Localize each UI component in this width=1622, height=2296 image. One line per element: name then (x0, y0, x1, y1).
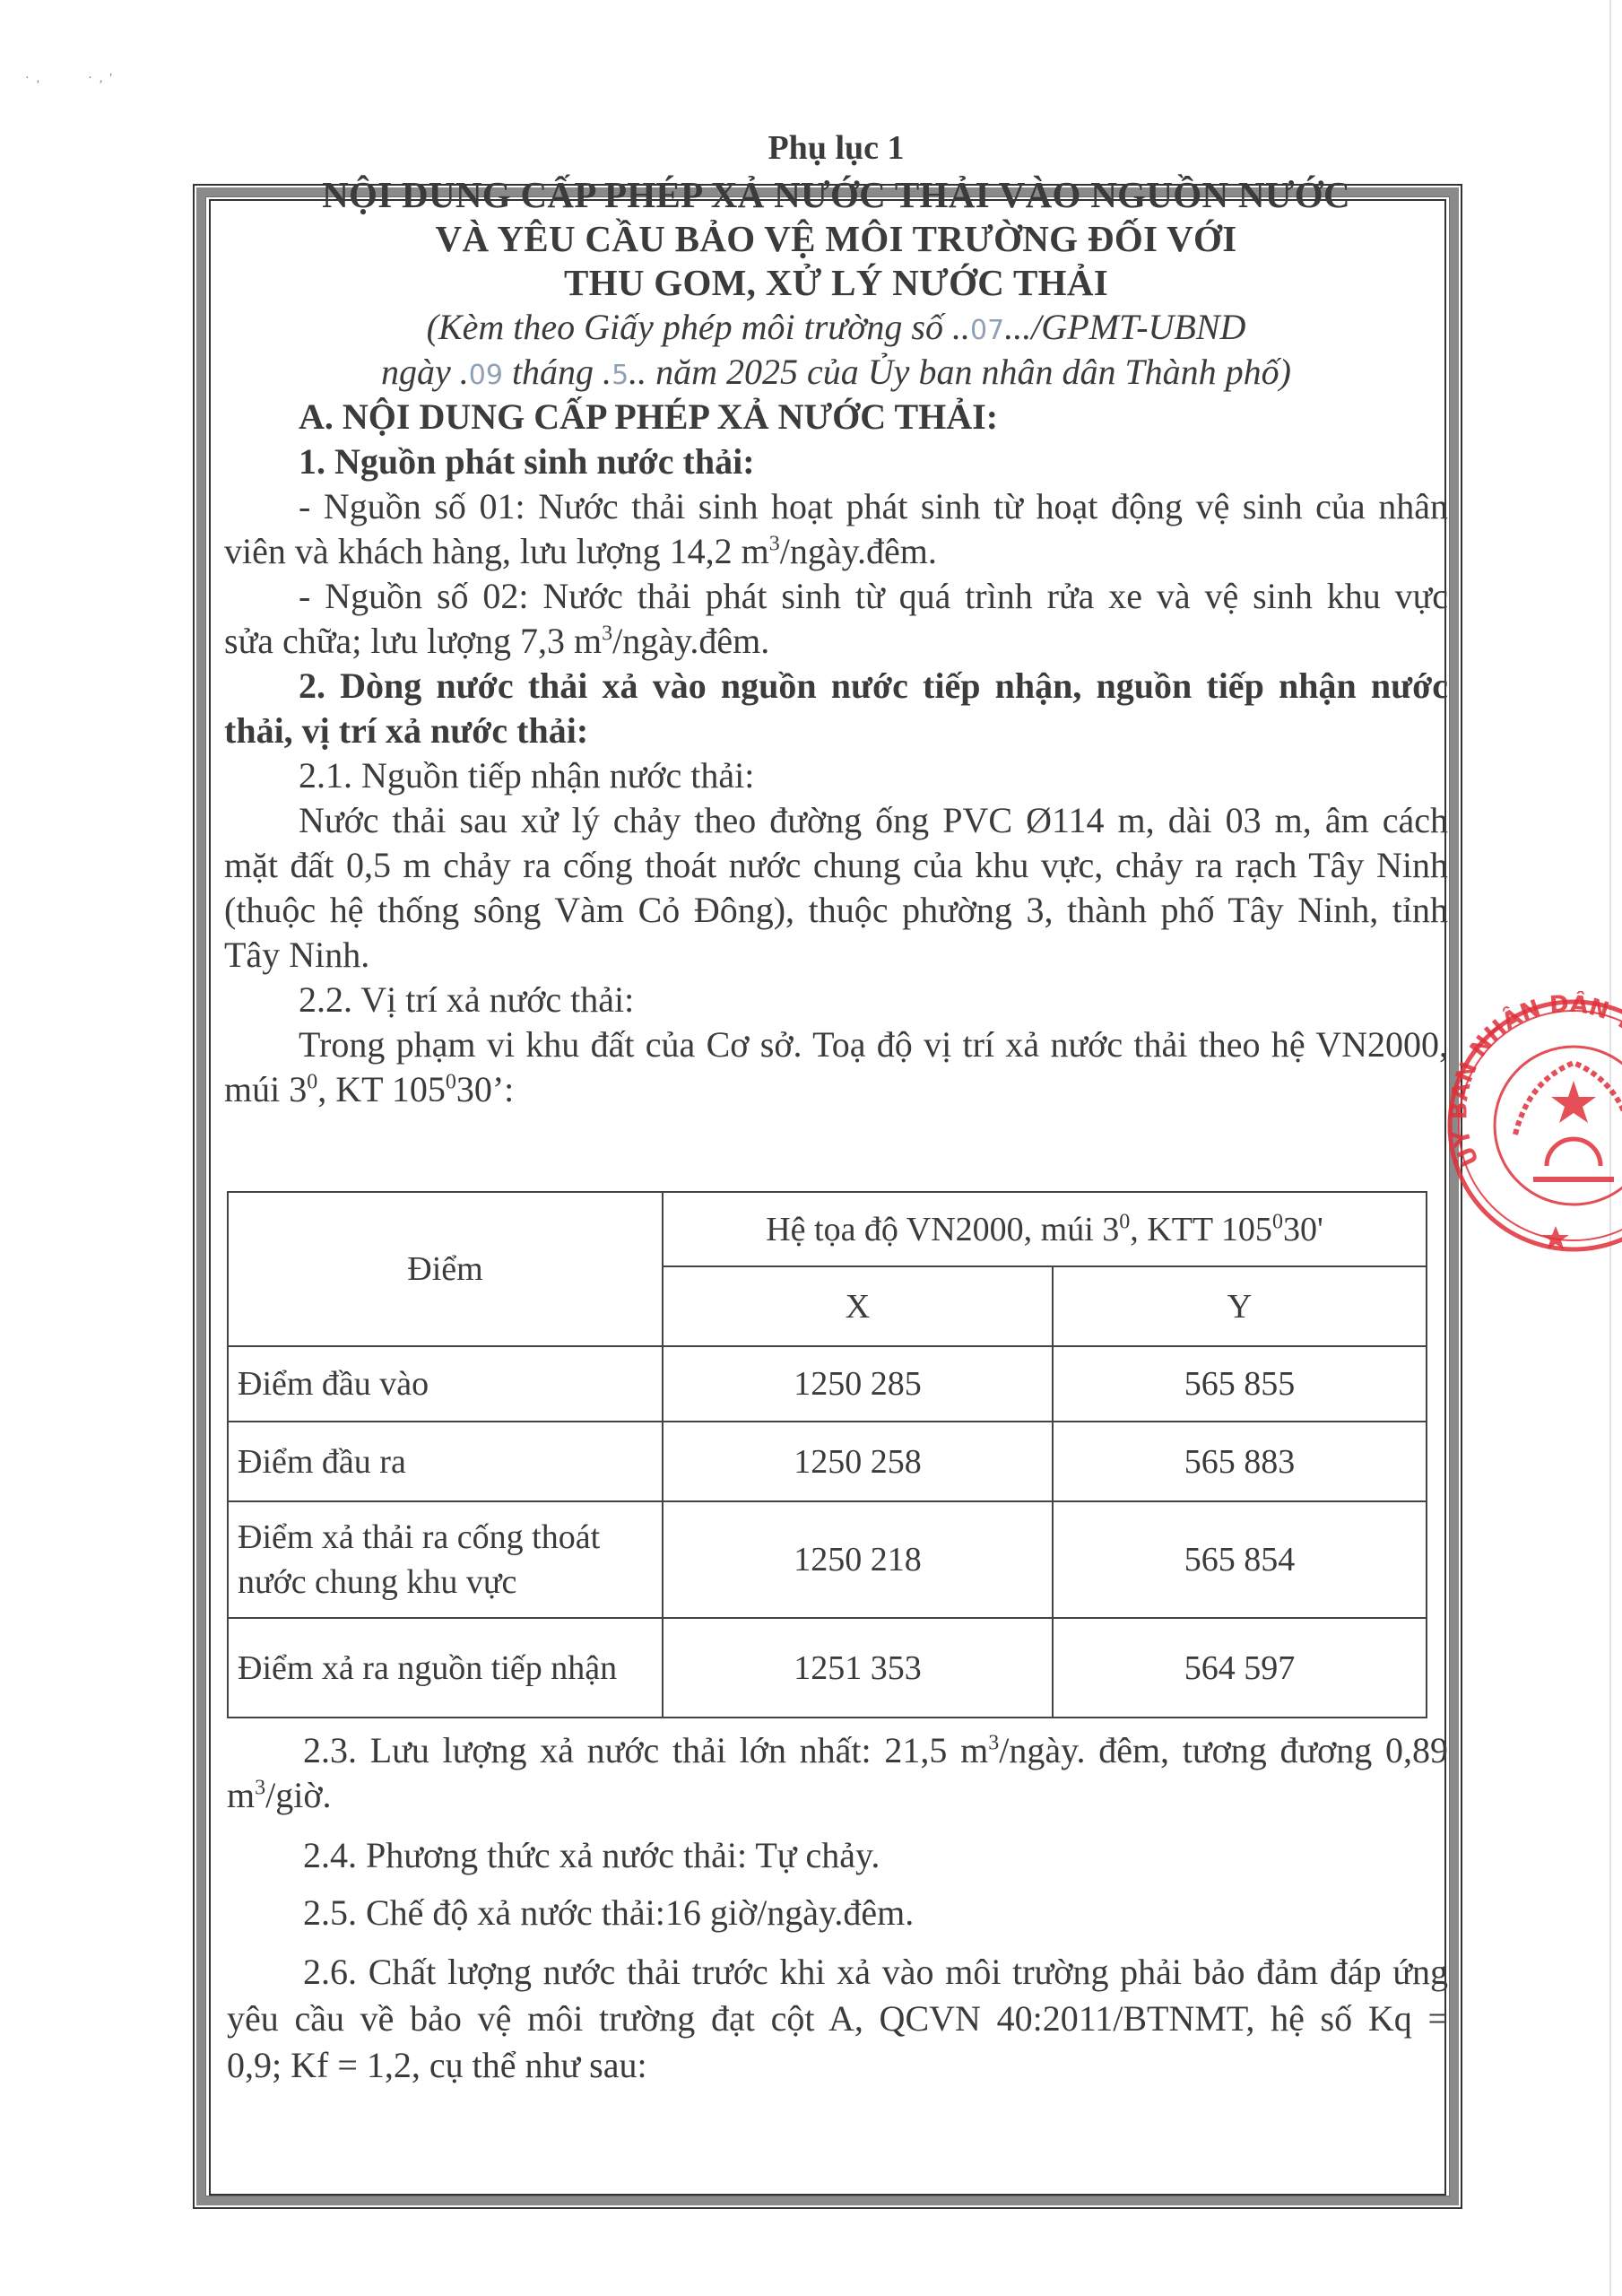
text: 30' (1283, 1211, 1323, 1248)
subtitle-text: ngày . (381, 352, 469, 392)
subtitle-text: .. năm 2025 của Ủy ban nhân dân Thành ph… (629, 352, 1291, 392)
section-1-heading: 1. Nguồn phát sinh nước thải: (299, 439, 755, 484)
cell-point: Điểm xả thải ra cống thoát nước chung kh… (228, 1501, 663, 1618)
section-2-2-line-2: múi 30, KT 105030’: (224, 1067, 514, 1112)
header-x: X (663, 1266, 1053, 1346)
source-2-line-2: sửa chữa; lưu lượng 7,3 m3/ngày.đêm. (224, 619, 769, 664)
superscript: 0 (1272, 1210, 1283, 1233)
cell-x: 1250 285 (663, 1346, 1053, 1422)
text: 2.3. Lưu lượng xả nước thải lớn nhất: 21… (303, 1730, 988, 1770)
superscript: 3 (602, 622, 612, 646)
section-2-5: 2.5. Chế độ xả nước thải:16 giờ/ngày.đêm… (303, 1891, 914, 1935)
issue-month: 5 (612, 360, 629, 391)
section-2-3-line-2: m3/giờ. (227, 1773, 332, 1818)
title-line-2: VÀ YÊU CẦU BẢO VỆ MÔI TRƯỜNG ĐỐI VỚI (224, 216, 1448, 261)
text: 30’: (456, 1069, 514, 1109)
section-2-1-heading: 2.1. Nguồn tiếp nhận nước thải: (299, 753, 754, 798)
superscript: 0 (1119, 1210, 1130, 1233)
header-coordinate-system: Hệ tọa độ VN2000, múi 30, KTT 105030' (663, 1192, 1427, 1266)
superscript: 3 (988, 1732, 999, 1755)
superscript: 3 (255, 1777, 265, 1800)
section-2-2-heading: 2.2. Vị trí xả nước thải: (299, 978, 634, 1022)
subtitle-line-2: ngày .09 tháng .5.. năm 2025 của Ủy ban … (224, 350, 1448, 398)
source-2-line-1: - Nguồn số 02: Nước thải phát sinh từ qu… (299, 574, 1448, 619)
appendix-label: Phụ lục 1 (224, 126, 1448, 170)
text: , KT 105 (317, 1069, 446, 1109)
source-1-line-2: viên và khách hàng, lưu lượng 14,2 m3/ng… (224, 529, 937, 574)
text: /giờ. (265, 1775, 331, 1815)
title-line-1: NỘI DUNG CẤP PHÉP XẢ NƯỚC THẢI VÀO NGUỒN… (224, 172, 1448, 217)
cell-x: 1250 258 (663, 1422, 1053, 1501)
section-2-1-line-2: mặt đất 0,5 m chảy ra cống thoát nước ch… (224, 843, 1448, 888)
section-a-heading: A. NỘI DUNG CẤP PHÉP XẢ NƯỚC THẢI: (299, 395, 998, 439)
text: /ngày.đêm. (612, 621, 769, 661)
table-row: Điểm xả thải ra cống thoát nước chung kh… (228, 1501, 1427, 1618)
section-2-6-line-3: 0,9; Kf = 1,2, cụ thể như sau: (227, 2043, 647, 2088)
cell-x: 1250 218 (663, 1501, 1053, 1618)
table-row: Điểm đầu ra 1250 258 565 883 (228, 1422, 1427, 1501)
official-red-seal-stamp: ỦY BAN NHÂN DÂN THÀNH PHỐ (1430, 991, 1622, 1260)
table-row: Điểm xả ra nguồn tiếp nhận 1251 353 564 … (228, 1618, 1427, 1718)
superscript: 0 (446, 1071, 456, 1094)
subtitle-text: tháng . (503, 352, 612, 392)
scan-specks: ·, ·,' (25, 72, 119, 86)
cell-y: 565 883 (1053, 1422, 1427, 1501)
coordinate-table: Điểm Hệ tọa độ VN2000, múi 30, KTT 10503… (227, 1191, 1427, 1718)
text: , KTT 105 (1130, 1211, 1272, 1248)
cell-x: 1251 353 (663, 1618, 1053, 1718)
text: m (227, 1775, 255, 1815)
section-2-6-line-1: 2.6. Chất lượng nước thải trước khi xả v… (303, 1950, 1448, 1995)
text: viên và khách hàng, lưu lượng 14,2 m (224, 531, 769, 571)
cell-y: 564 597 (1053, 1618, 1427, 1718)
text: múi 3 (224, 1069, 307, 1109)
cell-y: 565 854 (1053, 1501, 1427, 1618)
section-2-heading-line-2: thải, vị trí xả nước thải: (224, 709, 588, 753)
section-2-1-line-4: Tây Ninh. (224, 933, 369, 978)
section-2-1-line-3: (thuộc hệ thống sông Vàm Cỏ Đông), thuộc… (224, 888, 1448, 933)
cell-y: 565 855 (1053, 1346, 1427, 1422)
header-point: Điểm (228, 1192, 663, 1346)
subtitle-text: (Kèm theo Giấy phép môi trường số .. (427, 307, 970, 347)
section-2-heading-line-1: 2. Dòng nước thải xả vào nguồn nước tiếp… (299, 664, 1448, 709)
section-2-3-line-1: 2.3. Lưu lượng xả nước thải lớn nhất: 21… (303, 1728, 1448, 1773)
table-row: Điểm đầu vào 1250 285 565 855 (228, 1346, 1427, 1422)
title-line-3: THU GOM, XỬ LÝ NƯỚC THẢI (224, 260, 1448, 305)
text: /ngày.đêm. (780, 531, 937, 571)
permit-number: 07 (970, 315, 1004, 346)
table-header-row: Điểm Hệ tọa độ VN2000, múi 30, KTT 10503… (228, 1192, 1427, 1266)
issue-day: 09 (469, 360, 503, 391)
superscript: 0 (307, 1071, 317, 1094)
text: /ngày. đêm, tương đương 0,89 (999, 1730, 1448, 1770)
source-1-line-1: - Nguồn số 01: Nước thải sinh hoạt phát … (299, 484, 1448, 529)
subtitle-line-1: (Kèm theo Giấy phép môi trường số ..07..… (224, 305, 1448, 353)
header-y: Y (1053, 1266, 1427, 1346)
cell-point: Điểm xả ra nguồn tiếp nhận (228, 1618, 663, 1718)
section-2-4: 2.4. Phương thức xả nước thải: Tự chảy. (303, 1833, 880, 1878)
section-2-6-line-2: yêu cầu về bảo vệ môi trường đạt cột A, … (227, 1996, 1448, 2041)
cell-point: Điểm đầu ra (228, 1422, 663, 1501)
section-2-2-line-1: Trong phạm vi khu đất của Cơ sở. Toạ độ … (299, 1022, 1448, 1067)
text: Hệ tọa độ VN2000, múi 3 (766, 1211, 1119, 1248)
text: sửa chữa; lưu lượng 7,3 m (224, 621, 602, 661)
section-2-1-line-1: Nước thải sau xử lý chảy theo đường ống … (299, 798, 1448, 843)
superscript: 3 (769, 533, 780, 556)
subtitle-text: .../GPMT-UBND (1004, 307, 1245, 347)
cell-point: Điểm đầu vào (228, 1346, 663, 1422)
